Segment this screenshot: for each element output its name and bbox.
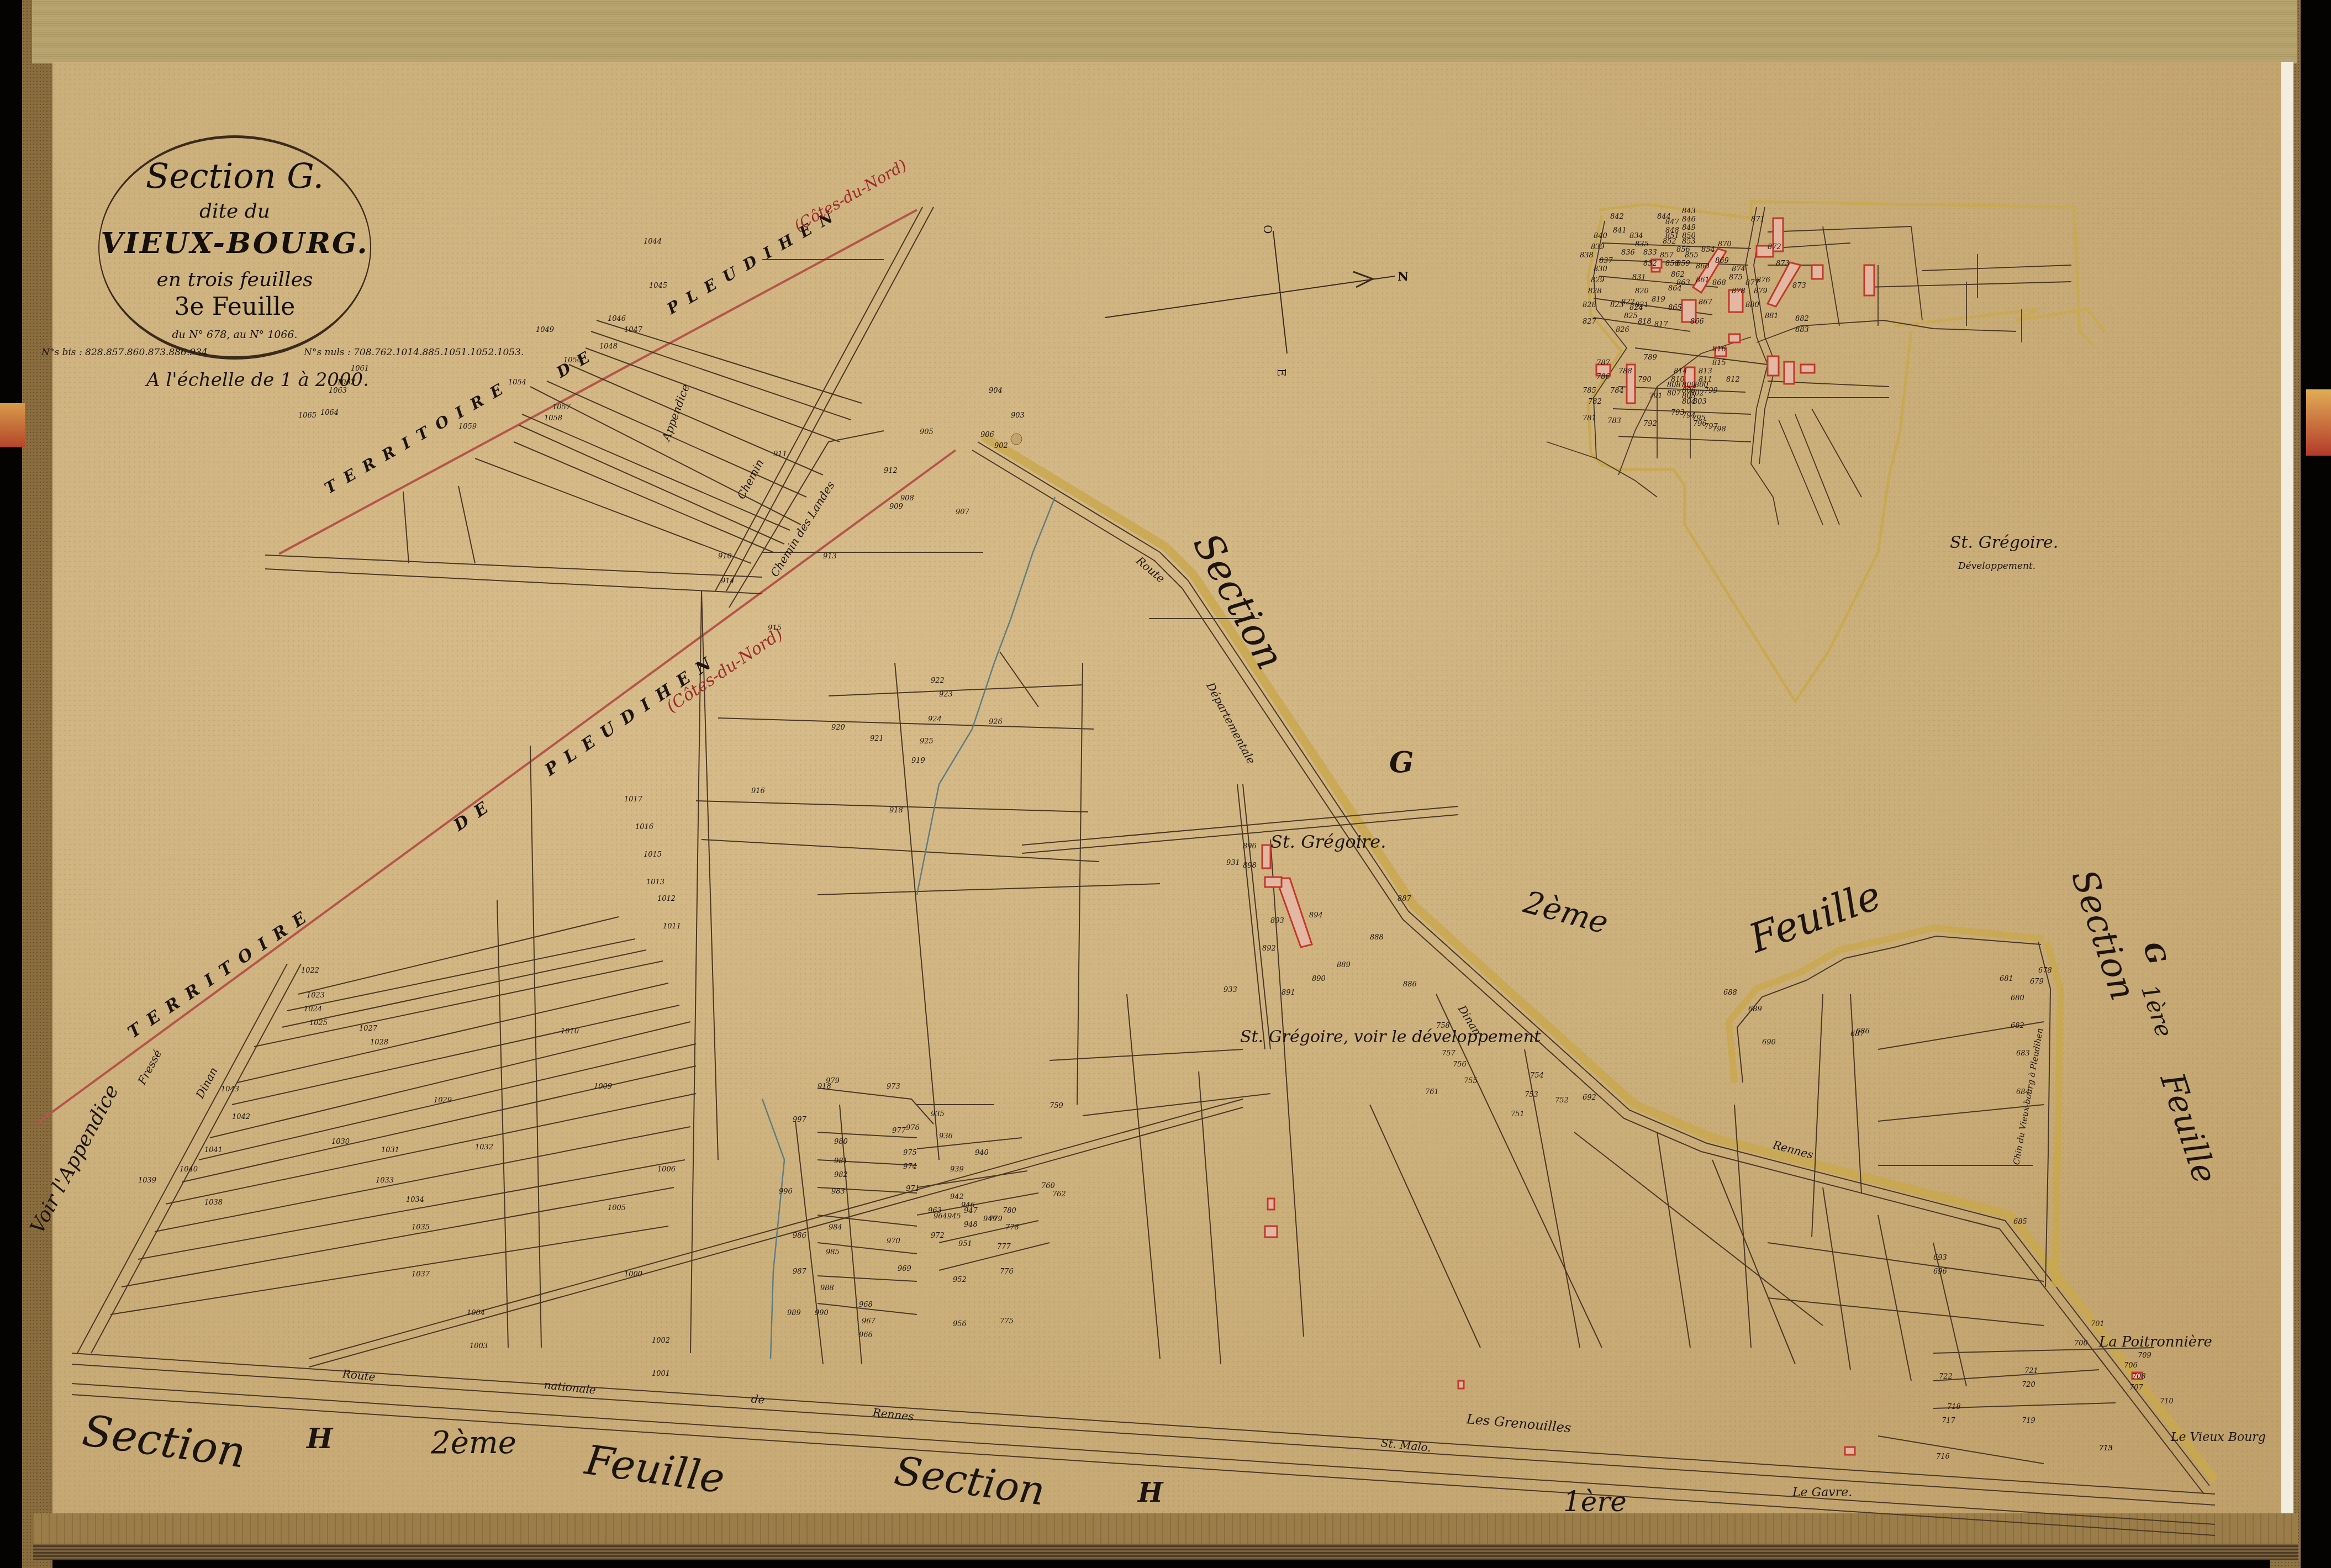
parcel-number: 1017 <box>624 795 642 804</box>
parcel-number: 881 <box>1765 312 1779 320</box>
parcel-number: 1064 <box>320 409 339 417</box>
parcel-number: 825 <box>1624 312 1638 320</box>
parcel-number: 1042 <box>232 1113 250 1121</box>
parcel-number: 753 <box>1525 1091 1538 1099</box>
parcel-number: 716 <box>1936 1453 1950 1461</box>
parcel-number: 951 <box>958 1240 972 1248</box>
parcel-number: 985 <box>826 1248 840 1256</box>
parcel-number: 952 <box>953 1276 967 1284</box>
parcel-number: 867 <box>1699 298 1712 307</box>
parcel-number: 922 <box>931 677 945 685</box>
parcel-number: 678 <box>2038 967 2052 975</box>
parcel-number: 1001 <box>652 1370 670 1378</box>
parcel-number: 1058 <box>544 414 562 423</box>
parcel-number: 821 <box>1635 301 1649 309</box>
parcel-number: 1027 <box>359 1025 377 1033</box>
parcel-number: 1038 <box>204 1199 223 1207</box>
place-la-poitronniere: La Poitronnière <box>2099 1334 2212 1350</box>
parcel-number: 754 <box>1530 1071 1544 1080</box>
parcel-number: 683 <box>2016 1049 2030 1058</box>
compass-rose <box>1105 231 1395 353</box>
parcel-number: 822 <box>1621 298 1635 307</box>
parcel-number: 693 <box>1933 1254 1947 1262</box>
parcel-number: 908 <box>900 494 914 503</box>
parcel-number: 808 <box>1667 381 1681 389</box>
parcel-number: 906 <box>980 431 994 439</box>
parcel-number: 1024 <box>304 1005 322 1013</box>
parcel-number: 893 <box>1270 917 1284 925</box>
parcel-number: 817 <box>1654 320 1668 329</box>
parcel-number: 1046 <box>608 315 626 323</box>
parcel-number: 990 <box>815 1309 829 1317</box>
parcel-number: 820 <box>1635 287 1649 295</box>
parcel-number: 882 <box>1795 315 1809 323</box>
parcel-number: 791 <box>1649 392 1663 400</box>
parcel-number: 779 <box>989 1215 1003 1223</box>
parcel-number: 898 <box>1243 862 1257 870</box>
compass-west: O <box>1261 225 1274 234</box>
parcel-number: 940 <box>975 1149 989 1157</box>
parcel-number: 1013 <box>646 878 665 886</box>
parcel-number: 755 <box>1464 1077 1478 1085</box>
parcel-number: 886 <box>1403 980 1417 989</box>
section-title: Section G. <box>99 156 370 196</box>
parcel-number: 757 <box>1442 1049 1455 1058</box>
parcel-number: 715 <box>2099 1444 2113 1453</box>
parcel-number: 780 <box>1003 1207 1016 1215</box>
parcel-number: 942 <box>950 1193 964 1201</box>
parcel-number: 782 <box>1588 398 1602 406</box>
parcel-number: 1063 <box>329 387 347 395</box>
inset-subtitle: Développement. <box>1958 561 2035 572</box>
parcel-number: 836 <box>1621 249 1635 257</box>
parcel-number: 982 <box>834 1171 848 1179</box>
parcel-number: 847 <box>1665 218 1679 226</box>
parcel-number: 861 <box>1696 276 1710 284</box>
parcel-number: 853 <box>1682 237 1696 246</box>
parcel-number: 682 <box>2011 1022 2024 1030</box>
parcel-number: 976 <box>906 1124 920 1132</box>
parcel-number: 981 <box>834 1157 848 1165</box>
parcel-number: 831 <box>1632 273 1646 282</box>
parcel-number: 860 <box>1696 262 1710 271</box>
parcel-number: 873 <box>1776 260 1790 268</box>
parcel-number: 792 <box>1643 420 1657 428</box>
parcel-number: 869 <box>1715 257 1729 265</box>
parcel-number: 681 <box>2000 975 2013 983</box>
parcel-number: 707 <box>2129 1384 2143 1392</box>
parcel-number: 1002 <box>652 1337 670 1345</box>
parcel-number: 1030 <box>331 1138 350 1146</box>
parcel-number: 874 <box>1732 265 1745 273</box>
parcel-number: 1057 <box>552 403 571 411</box>
parcel-number: 689 <box>1748 1005 1762 1013</box>
parcel-number: 802 <box>1690 389 1704 398</box>
parcel-number: 877 <box>1745 279 1759 287</box>
parcel-number: 793 <box>1671 409 1685 417</box>
parcel-number: 720 <box>2022 1381 2035 1389</box>
parcel-number: 873 <box>1792 282 1806 290</box>
parcel-number: 896 <box>1243 842 1257 851</box>
number-range: du N° 678, au N° 1066. <box>99 329 370 341</box>
parcel-number: 776 <box>1000 1268 1014 1276</box>
parcel-number: 784 <box>1610 387 1624 395</box>
parcel-number: 849 <box>1682 224 1696 232</box>
parcel-number: 977 <box>892 1127 906 1135</box>
dite-label: dite du <box>99 200 370 223</box>
parcel-number: 1011 <box>663 922 681 931</box>
parcel-number: 756 <box>1453 1060 1467 1069</box>
parcel-number: 988 <box>820 1284 834 1292</box>
parcel-number: 864 <box>1668 284 1682 293</box>
parcel-number: 1045 <box>649 282 667 290</box>
parcel-number: 970 <box>887 1237 900 1245</box>
parcel-number: 828 <box>1588 287 1602 295</box>
parcel-number: 690 <box>1762 1038 1776 1047</box>
parcel-number: 887 <box>1397 895 1411 903</box>
parcel-number: 918 <box>889 806 903 815</box>
parcel-number: 760 <box>1041 1182 1055 1190</box>
parcel-number: 840 <box>1594 232 1607 240</box>
road-de-label: de <box>751 1392 766 1406</box>
parcel-number: 974 <box>903 1163 917 1171</box>
parcel-number: 1044 <box>644 237 662 246</box>
parcel-number: 936 <box>939 1132 953 1141</box>
parcel-number: 762 <box>1052 1190 1066 1199</box>
parcel-number: 685 <box>2013 1218 2027 1226</box>
parcel-number: 888 <box>1370 933 1384 942</box>
parcel-number: 701 <box>2091 1320 2105 1328</box>
parcel-number: 717 <box>1942 1417 1955 1425</box>
parcel-number: 921 <box>870 735 884 743</box>
parcel-number: 983 <box>831 1187 845 1196</box>
parcel-number: 830 <box>1594 265 1607 273</box>
buildings-st-gregoire <box>1262 845 1312 947</box>
parcel-number: 1023 <box>307 991 325 1000</box>
parcel-number: 903 <box>1011 411 1025 420</box>
parcel-number: 956 <box>953 1320 967 1328</box>
parcel-number: 1065 <box>298 411 317 420</box>
sheets-count: en trois feuilles <box>99 268 370 291</box>
parcel-number: 1062 <box>337 378 355 387</box>
parcel-number: 846 <box>1682 215 1696 224</box>
parcel-number: 834 <box>1629 232 1643 240</box>
parcel-number: 1025 <box>309 1019 328 1027</box>
parcel-number: 878 <box>1732 287 1745 295</box>
parcel-number: 892 <box>1262 944 1276 953</box>
parcel-number: 1037 <box>412 1270 430 1279</box>
parcel-number: 710 <box>2160 1397 2174 1406</box>
parcel-number: 692 <box>1583 1094 1596 1102</box>
place-le-gavre: Le Gavre. <box>1792 1486 1852 1500</box>
parcel-number: 819 <box>1652 295 1665 304</box>
parcel-number: 1000 <box>624 1270 642 1279</box>
parcel-number: 907 <box>956 508 969 516</box>
parcel-number: 827 <box>1583 318 1596 326</box>
parcel-number: 880 <box>1745 301 1759 309</box>
parcel-number: 871 <box>1751 215 1765 224</box>
place-le-vieux-bourg: Le Vieux Bourg <box>2171 1430 2266 1444</box>
parcel-number: 709 <box>2138 1351 2151 1360</box>
parcel-number: 924 <box>928 715 942 724</box>
parcel-number: 1035 <box>412 1223 430 1232</box>
parcel-number: 687 <box>1850 1030 1864 1038</box>
parcel-number: 833 <box>1643 249 1657 257</box>
parcel-number: 916 <box>751 787 765 795</box>
parcel-number: 987 <box>793 1268 806 1276</box>
parcel-number: 815 <box>1712 359 1726 367</box>
parcel-number: 1061 <box>351 365 369 373</box>
parcel-number: 761 <box>1425 1088 1439 1096</box>
section-h2-num: 2ème <box>431 1425 516 1461</box>
parcel-number: 813 <box>1699 367 1712 376</box>
parcel-number: 829 <box>1591 276 1605 284</box>
parcel-number: 931 <box>1226 859 1240 867</box>
parcel-number: 862 <box>1671 271 1685 279</box>
parcel-number: 1006 <box>657 1165 676 1174</box>
parcel-number: 1015 <box>644 851 662 859</box>
inset-st-gregoire <box>1547 202 2105 701</box>
parcel-number: 979 <box>826 1077 840 1085</box>
parcel-number: 1039 <box>138 1176 156 1185</box>
parcel-number: 835 <box>1635 240 1649 249</box>
parcel-number: 1040 <box>180 1165 198 1174</box>
parcel-number: 826 <box>1616 326 1629 334</box>
parcel-number: 718 <box>1947 1403 1961 1411</box>
parcel-number: 964 <box>934 1212 947 1221</box>
parcel-number: 926 <box>989 718 1003 726</box>
parcel-number: 684 <box>2016 1088 2030 1096</box>
parcel-number: 843 <box>1682 207 1696 215</box>
parcel-number: 972 <box>931 1232 945 1240</box>
parcel-number: 904 <box>989 387 1003 395</box>
parcel-number: 812 <box>1726 376 1740 384</box>
parcel-number: 799 <box>1704 387 1718 395</box>
parcel-number: 783 <box>1607 417 1621 425</box>
parcel-number: 865 <box>1668 304 1682 312</box>
parcel-number: 909 <box>889 503 903 511</box>
parcel-number: 1031 <box>381 1146 399 1154</box>
section-h1-num: 1ère <box>1563 1486 1627 1518</box>
parcel-number: 948 <box>964 1221 978 1229</box>
parcel-number: 1032 <box>475 1143 493 1152</box>
parcel-number: 913 <box>823 552 837 561</box>
parcel-number: 980 <box>834 1138 848 1146</box>
parcel-number: 945 <box>947 1212 961 1221</box>
parcel-number: 966 <box>859 1331 873 1339</box>
parcel-number: 923 <box>939 690 953 699</box>
parcel-number: 721 <box>2024 1367 2038 1375</box>
parcel-number: 920 <box>831 724 845 732</box>
title-cartouche: Section G. dite du VIEUX-BOURG. en trois… <box>98 135 371 360</box>
parcel-number: 875 <box>1729 273 1743 282</box>
parcel-number: 1028 <box>370 1038 388 1047</box>
compass-east: E <box>1275 368 1288 377</box>
parcel-number: 1016 <box>635 823 653 831</box>
parcel-number: 996 <box>779 1187 793 1196</box>
parcel-number: 688 <box>1723 989 1737 997</box>
locality-name: VIEUX-BOURG. <box>99 226 370 260</box>
parcel-number: 788 <box>1618 367 1632 376</box>
parcel-number: 778 <box>1005 1223 1019 1232</box>
null-numbers: N°s nuls : 708.762.1014.885.1051.1052.10… <box>304 347 524 358</box>
parcel-number: 868 <box>1712 279 1726 287</box>
parcel-number: 777 <box>997 1243 1011 1251</box>
section-g2-letter: G <box>1389 746 1414 779</box>
parcel-number: 758 <box>1436 1022 1450 1030</box>
parcel-number: 814 <box>1674 367 1687 376</box>
parcel-number: 789 <box>1643 353 1657 362</box>
parcel-number: 973 <box>887 1083 900 1091</box>
parcel-number: 1009 <box>594 1083 612 1091</box>
parcel-number: 968 <box>859 1301 873 1309</box>
inset-title: St. Grégoire. <box>1950 533 2058 552</box>
parcel-number: 933 <box>1223 986 1237 994</box>
parcel-number: 1049 <box>536 326 554 334</box>
parcel-number: 915 <box>768 624 782 632</box>
section-h2-letter: H <box>307 1422 333 1455</box>
parcel-number: 986 <box>793 1232 806 1240</box>
parcel-number: 839 <box>1591 243 1605 251</box>
parcel-number: 912 <box>884 467 898 475</box>
parcel-number: 679 <box>2030 978 2044 986</box>
parcel-number: 787 <box>1596 359 1610 367</box>
parcel-number: 775 <box>1000 1317 1014 1326</box>
parcel-number: 1022 <box>301 967 319 975</box>
parcel-number: 935 <box>931 1110 945 1118</box>
parcel-number: 841 <box>1613 226 1627 235</box>
parcel-number: 866 <box>1690 318 1704 326</box>
bis-numbers: N°s bis : 828.857.860.873.886.934 <box>41 347 208 358</box>
parcel-number: 969 <box>898 1265 911 1273</box>
parcel-number: 1043 <box>221 1085 239 1094</box>
parcel-number: 879 <box>1754 287 1768 295</box>
parcel-number: 857 <box>1660 251 1674 260</box>
parcel-number: 696 <box>1933 1268 1947 1276</box>
parcel-number: 883 <box>1795 326 1809 334</box>
parcel-number: 1041 <box>204 1146 223 1154</box>
parcel-number: 914 <box>721 577 735 585</box>
parcel-number: 902 <box>994 442 1008 450</box>
compass-north: N <box>1397 270 1409 284</box>
parcel-number: 803 <box>1693 398 1707 406</box>
parcel-number: 781 <box>1583 414 1596 423</box>
parcel-number: 1005 <box>608 1204 626 1212</box>
parcel-number: 1050 <box>563 356 582 365</box>
parcel-number: 838 <box>1580 251 1594 260</box>
parcel-number: 947 <box>964 1207 978 1215</box>
place-st-gregoire-ref: St. Grégoire, voir le développement <box>1240 1027 1541 1047</box>
parcel-number: 905 <box>920 428 934 436</box>
parcel-number: 828 <box>1583 301 1596 309</box>
parcel-number: 818 <box>1638 318 1652 326</box>
parcel-number: 856 <box>1676 246 1690 254</box>
parcel-number: 852 <box>1663 237 1676 246</box>
parcel-number: 919 <box>911 757 925 765</box>
parcel-number: 1048 <box>599 342 618 351</box>
parcel-number: 939 <box>950 1165 964 1174</box>
parcel-number: 1003 <box>470 1342 488 1350</box>
buildings-misc <box>1265 1199 2142 1455</box>
sheet-number: 3e Feuille <box>99 293 370 321</box>
parcel-number: 752 <box>1555 1096 1569 1105</box>
parcel-number: 894 <box>1309 911 1323 920</box>
parcel-number: 786 <box>1596 373 1610 381</box>
parcel-number: 975 <box>903 1149 917 1157</box>
parcel-number: 890 <box>1312 975 1326 983</box>
parcel-number: 722 <box>1939 1372 1953 1381</box>
parcel-number: 1047 <box>624 326 642 334</box>
parcel-number: 910 <box>718 552 732 561</box>
parcel-number: 751 <box>1511 1110 1525 1118</box>
parcel-number: 706 <box>2124 1361 2138 1370</box>
parcel-number: 790 <box>1638 376 1652 384</box>
parcel-number: 832 <box>1643 260 1657 268</box>
place-st-gregoire-village: St. Grégoire. <box>1270 831 1386 852</box>
parcel-number: 807 <box>1667 389 1681 398</box>
parcel-number: 925 <box>920 737 934 746</box>
parcel-number: 859 <box>1676 260 1690 268</box>
parcel-number: 1029 <box>434 1096 452 1105</box>
parcel-number: 1004 <box>467 1309 485 1317</box>
parcel-number: 997 <box>793 1116 806 1124</box>
parcel-number: 984 <box>829 1223 842 1232</box>
parcel-number: 759 <box>1050 1102 1063 1110</box>
parcel-number: 872 <box>1768 243 1781 251</box>
parcel-number: 1033 <box>376 1176 394 1185</box>
parcel-number: 816 <box>1712 345 1726 353</box>
parcel-number: 889 <box>1337 961 1351 969</box>
parcel-number: 837 <box>1599 257 1613 265</box>
parcel-number: 1010 <box>561 1027 579 1036</box>
section-h1-letter: H <box>1138 1477 1163 1508</box>
parcel-number: 1034 <box>406 1196 424 1204</box>
parcel-number: 967 <box>862 1317 876 1326</box>
parcel-number: 891 <box>1281 989 1295 997</box>
parcel-number: 989 <box>787 1309 801 1317</box>
parcel-number: 854 <box>1701 246 1715 254</box>
parcel-number: 1059 <box>458 423 477 431</box>
parcel-number: 870 <box>1718 240 1732 249</box>
parcel-number: 708 <box>2132 1372 2146 1381</box>
parcel-number: 680 <box>2011 994 2024 1002</box>
parcel-number: 719 <box>2022 1417 2035 1425</box>
parcel-number: 785 <box>1583 387 1596 395</box>
parcel-number: 911 <box>773 450 787 458</box>
parcel-number: 971 <box>906 1185 920 1193</box>
parcel-number: 1012 <box>657 895 676 903</box>
mark-point <box>1011 434 1022 445</box>
parcel-number: 842 <box>1610 213 1624 221</box>
parcel-number: 700 <box>2074 1339 2088 1348</box>
parcel-number: 1054 <box>508 378 526 387</box>
